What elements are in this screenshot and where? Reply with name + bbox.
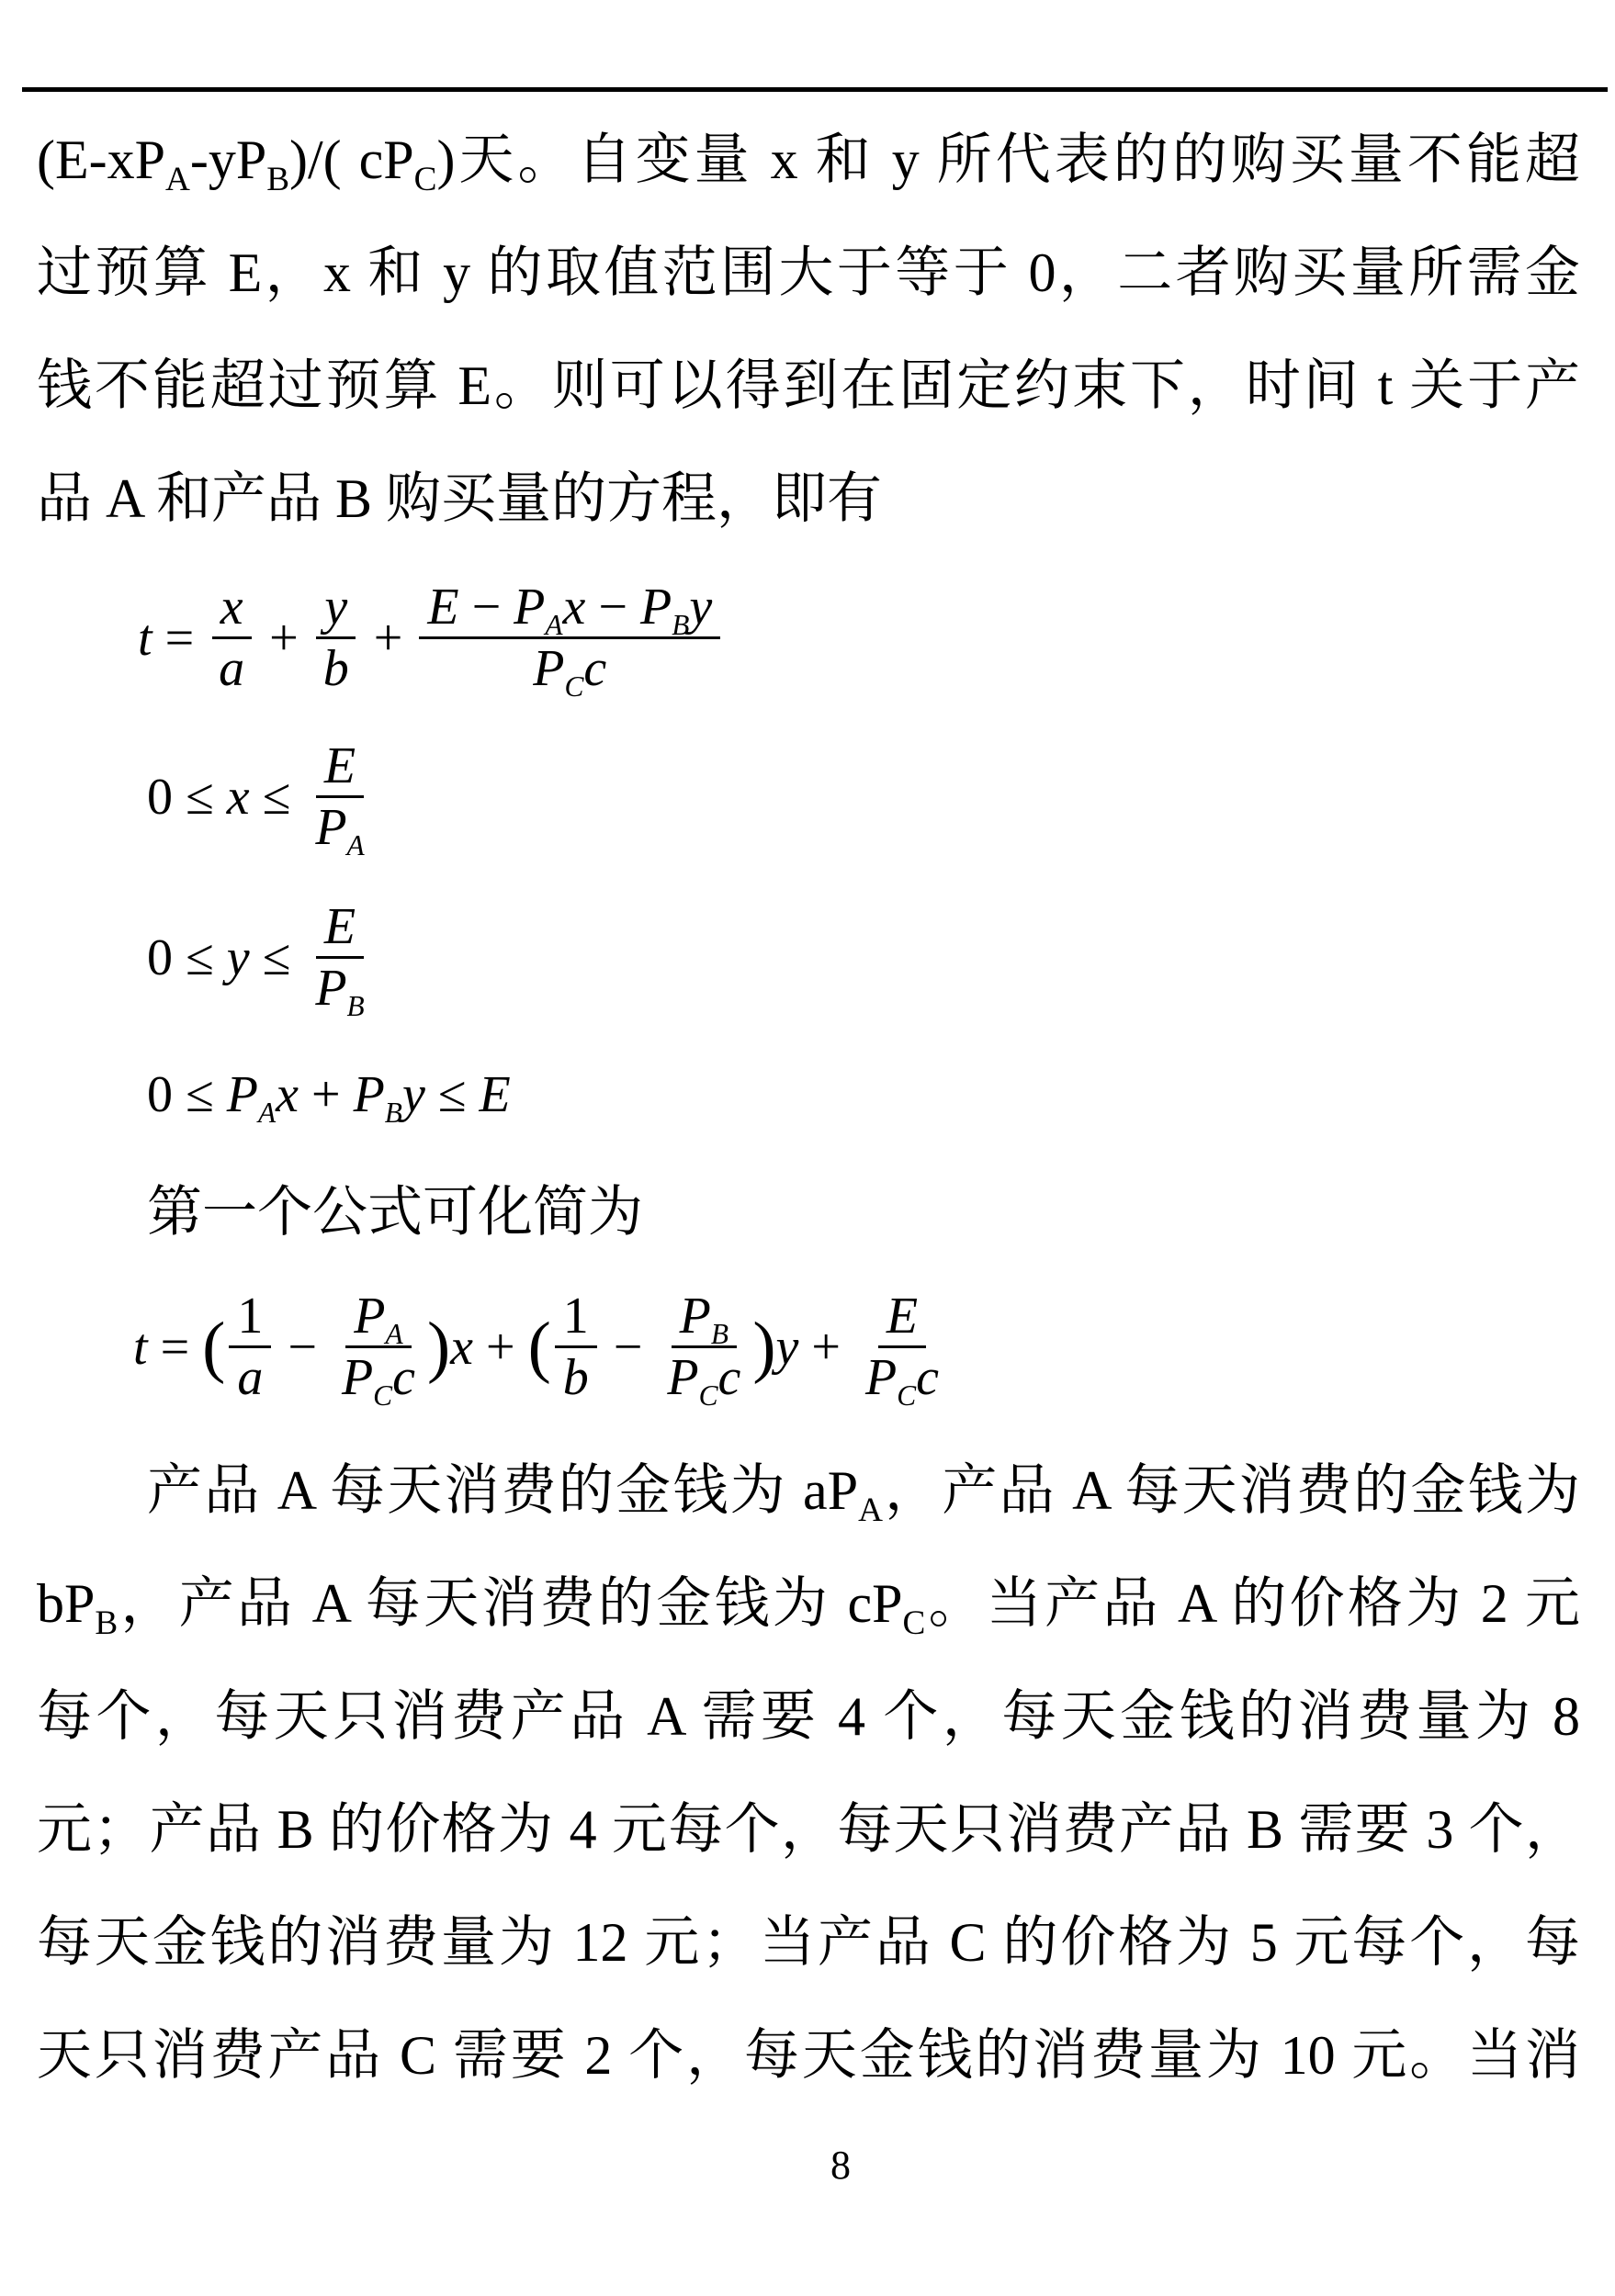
math-operator: +	[473, 1318, 528, 1377]
math-variable: PA	[227, 1065, 276, 1124]
fraction: 1b	[555, 1290, 597, 1404]
math-variable: y	[776, 1318, 799, 1377]
subscript: B	[672, 609, 689, 641]
math-variable: b	[563, 1349, 589, 1406]
math-variable: x	[227, 768, 250, 827]
math-variable: PC	[533, 640, 583, 697]
formula-y-constraint: 0 ≤ y ≤ EPB	[147, 901, 377, 1015]
math-operator: =	[148, 1318, 203, 1377]
math-variable: PB	[640, 579, 689, 636]
subscript: A	[347, 829, 365, 861]
fraction: yb	[315, 581, 357, 695]
math-operator: 0 ≤	[147, 768, 227, 827]
math-operator: (	[528, 1312, 551, 1382]
math-operator: 1	[563, 1288, 589, 1345]
formula-x-constraint: 0 ≤ x ≤ EPA	[147, 740, 377, 854]
subscript: A	[545, 609, 562, 641]
fraction: PBPCc	[659, 1290, 749, 1404]
text-line: 钱不能超过预算 E。则可以得到在固定约束下，时间 t 关于产	[37, 330, 1580, 443]
header-rule	[22, 87, 1608, 92]
math-variable: c	[583, 640, 606, 697]
math-operator: =	[152, 609, 208, 668]
fraction: PAPCc	[333, 1290, 424, 1404]
denominator: b	[315, 639, 357, 695]
math-variable: PA	[354, 1288, 402, 1345]
subscript: B	[385, 1097, 402, 1129]
numerator: PA	[345, 1290, 411, 1348]
math-operator: )	[427, 1312, 450, 1382]
math-variable: y	[324, 579, 347, 636]
fraction: 1a	[229, 1290, 271, 1404]
math-variable: c	[916, 1349, 939, 1406]
denominator: a	[210, 639, 253, 695]
math-variable: a	[219, 640, 244, 697]
math-operator: ≤	[250, 929, 304, 987]
denominator: PCc	[525, 639, 615, 695]
numerator: E	[316, 901, 364, 959]
subscript: C	[414, 161, 437, 198]
subscript: C	[373, 1379, 392, 1412]
math-variable: a	[237, 1349, 263, 1406]
subscript: A	[258, 1097, 276, 1129]
denominator: b	[555, 1348, 597, 1404]
subscript: A	[858, 1491, 883, 1529]
math-operator: (	[202, 1312, 225, 1382]
math-variable: x	[220, 579, 243, 636]
math-variable: c	[718, 1349, 741, 1406]
subscript: B	[711, 1318, 728, 1350]
math-operator: −	[459, 579, 514, 636]
math-variable: x	[563, 579, 586, 636]
math-operator: 0 ≤	[147, 1065, 227, 1124]
math-variable: y	[402, 1065, 425, 1124]
math-variable: E	[887, 1288, 918, 1345]
fraction: EPB	[307, 901, 372, 1015]
math-variable: y	[689, 579, 712, 636]
math-variable: PB	[354, 1065, 402, 1124]
numerator: E	[878, 1290, 926, 1348]
math-operator: +	[299, 1065, 354, 1124]
text-line: 元；产品 B 的价格为 4 元每个，每天只消费产品 B 需要 3 个，	[37, 1773, 1580, 1886]
math-operator: )	[752, 1312, 775, 1382]
math-variable: t	[138, 609, 152, 668]
math-variable: E	[480, 1065, 511, 1124]
math-variable: t	[133, 1318, 148, 1377]
math-operator: ≤	[250, 768, 304, 827]
text-line: (E-xPA-yPB)/( cPC)天。自变量 x 和 y 所代表的的购买量不能…	[37, 104, 1580, 217]
text-line: 每天金钱的消费量为 12 元；当产品 C 的价格为 5 元每个，每	[37, 1886, 1580, 1999]
math-variable: b	[323, 640, 349, 697]
text-line: 每个，每天只消费产品 A 需要 4 个，每天金钱的消费量为 8	[37, 1660, 1580, 1773]
denominator: PCc	[857, 1348, 947, 1404]
text-line: 产品 A 每天消费的金钱为 aPA，产品 A 每天消费的金钱为	[37, 1435, 1580, 1548]
math-operator: +	[798, 1318, 853, 1377]
paragraph-budget-description: (E-xPA-yPB)/( cPC)天。自变量 x 和 y 所代表的的购买量不能…	[37, 104, 1580, 556]
text-line: 天只消费产品 C 需要 2 个，每天金钱的消费量为 10 元。当消	[37, 1999, 1580, 2112]
math-variable: PB	[680, 1288, 728, 1345]
numerator: y	[316, 581, 356, 639]
math-variable: PB	[315, 960, 364, 1017]
math-operator: +	[361, 609, 416, 668]
math-variable: c	[392, 1349, 415, 1406]
numerator: PB	[672, 1290, 737, 1348]
numerator: 1	[229, 1290, 271, 1348]
numerator: E − PAx − PBy	[419, 581, 720, 639]
math-variable: x	[450, 1318, 473, 1377]
subscript: C	[699, 1379, 718, 1412]
formula-t-simplified: t = (1a − PAPCc)x + (1b − PBPCc)y + EPCc	[133, 1290, 951, 1404]
subscript: C	[565, 670, 584, 703]
math-variable: E	[427, 579, 458, 636]
math-variable: E	[324, 898, 356, 955]
math-variable: PA	[514, 579, 562, 636]
subscript: C	[897, 1379, 916, 1412]
subscript: A	[385, 1318, 402, 1350]
page-number: 8	[0, 2144, 1615, 2188]
numerator: 1	[555, 1290, 597, 1348]
subscript: B	[347, 990, 365, 1022]
fraction: EPCc	[857, 1290, 947, 1404]
document-page: (E-xPA-yPB)/( cPC)天。自变量 x 和 y 所代表的的购买量不能…	[0, 0, 1615, 2296]
math-operator: ≤	[425, 1065, 480, 1124]
denominator: PCc	[659, 1348, 749, 1404]
math-variable: PC	[342, 1349, 392, 1406]
math-operator: −	[601, 1318, 656, 1377]
fraction: E − PAx − PByPCc	[419, 581, 720, 695]
math-variable: PC	[865, 1349, 916, 1406]
math-operator: 0 ≤	[147, 929, 227, 987]
math-variable: PC	[667, 1349, 717, 1406]
formula-budget-constraint: 0 ≤ PAx + PBy ≤ E	[147, 1065, 511, 1124]
math-variable: y	[227, 929, 250, 987]
numerator: E	[316, 740, 364, 798]
math-operator: +	[256, 609, 311, 668]
subscript: C	[902, 1604, 925, 1642]
fraction: xa	[210, 581, 253, 695]
text-line: 品 A 和产品 B 购买量的方程，即有	[37, 443, 1580, 556]
text-line: bPB，产品 A 每天消费的金钱为 cPC。当产品 A 的价格为 2 元	[37, 1548, 1580, 1660]
math-variable: PA	[315, 799, 364, 856]
denominator: a	[229, 1348, 271, 1404]
fraction: EPA	[307, 740, 372, 854]
formula-t-definition: t = xa + yb + E − PAx − PByPCc	[138, 581, 724, 695]
denominator: PCc	[333, 1348, 424, 1404]
paragraph-product-prices: 产品 A 每天消费的金钱为 aPA，产品 A 每天消费的金钱为bPB，产品 A …	[37, 1435, 1580, 2112]
subscript: B	[95, 1604, 118, 1642]
text-line: 过预算 E，x 和 y 的取值范围大于等于 0，二者购买量所需金	[37, 217, 1580, 330]
math-operator: −	[585, 579, 640, 636]
math-variable: x	[276, 1065, 299, 1124]
denominator: PB	[307, 959, 372, 1015]
math-variable: E	[324, 737, 356, 794]
numerator: x	[212, 581, 252, 639]
section-heading: 第一个公式可化简为	[37, 1156, 1580, 1269]
subscript: A	[165, 161, 190, 198]
subscript: B	[266, 161, 289, 198]
denominator: PA	[307, 798, 372, 854]
math-operator: 1	[237, 1288, 263, 1345]
math-operator: −	[275, 1318, 330, 1377]
